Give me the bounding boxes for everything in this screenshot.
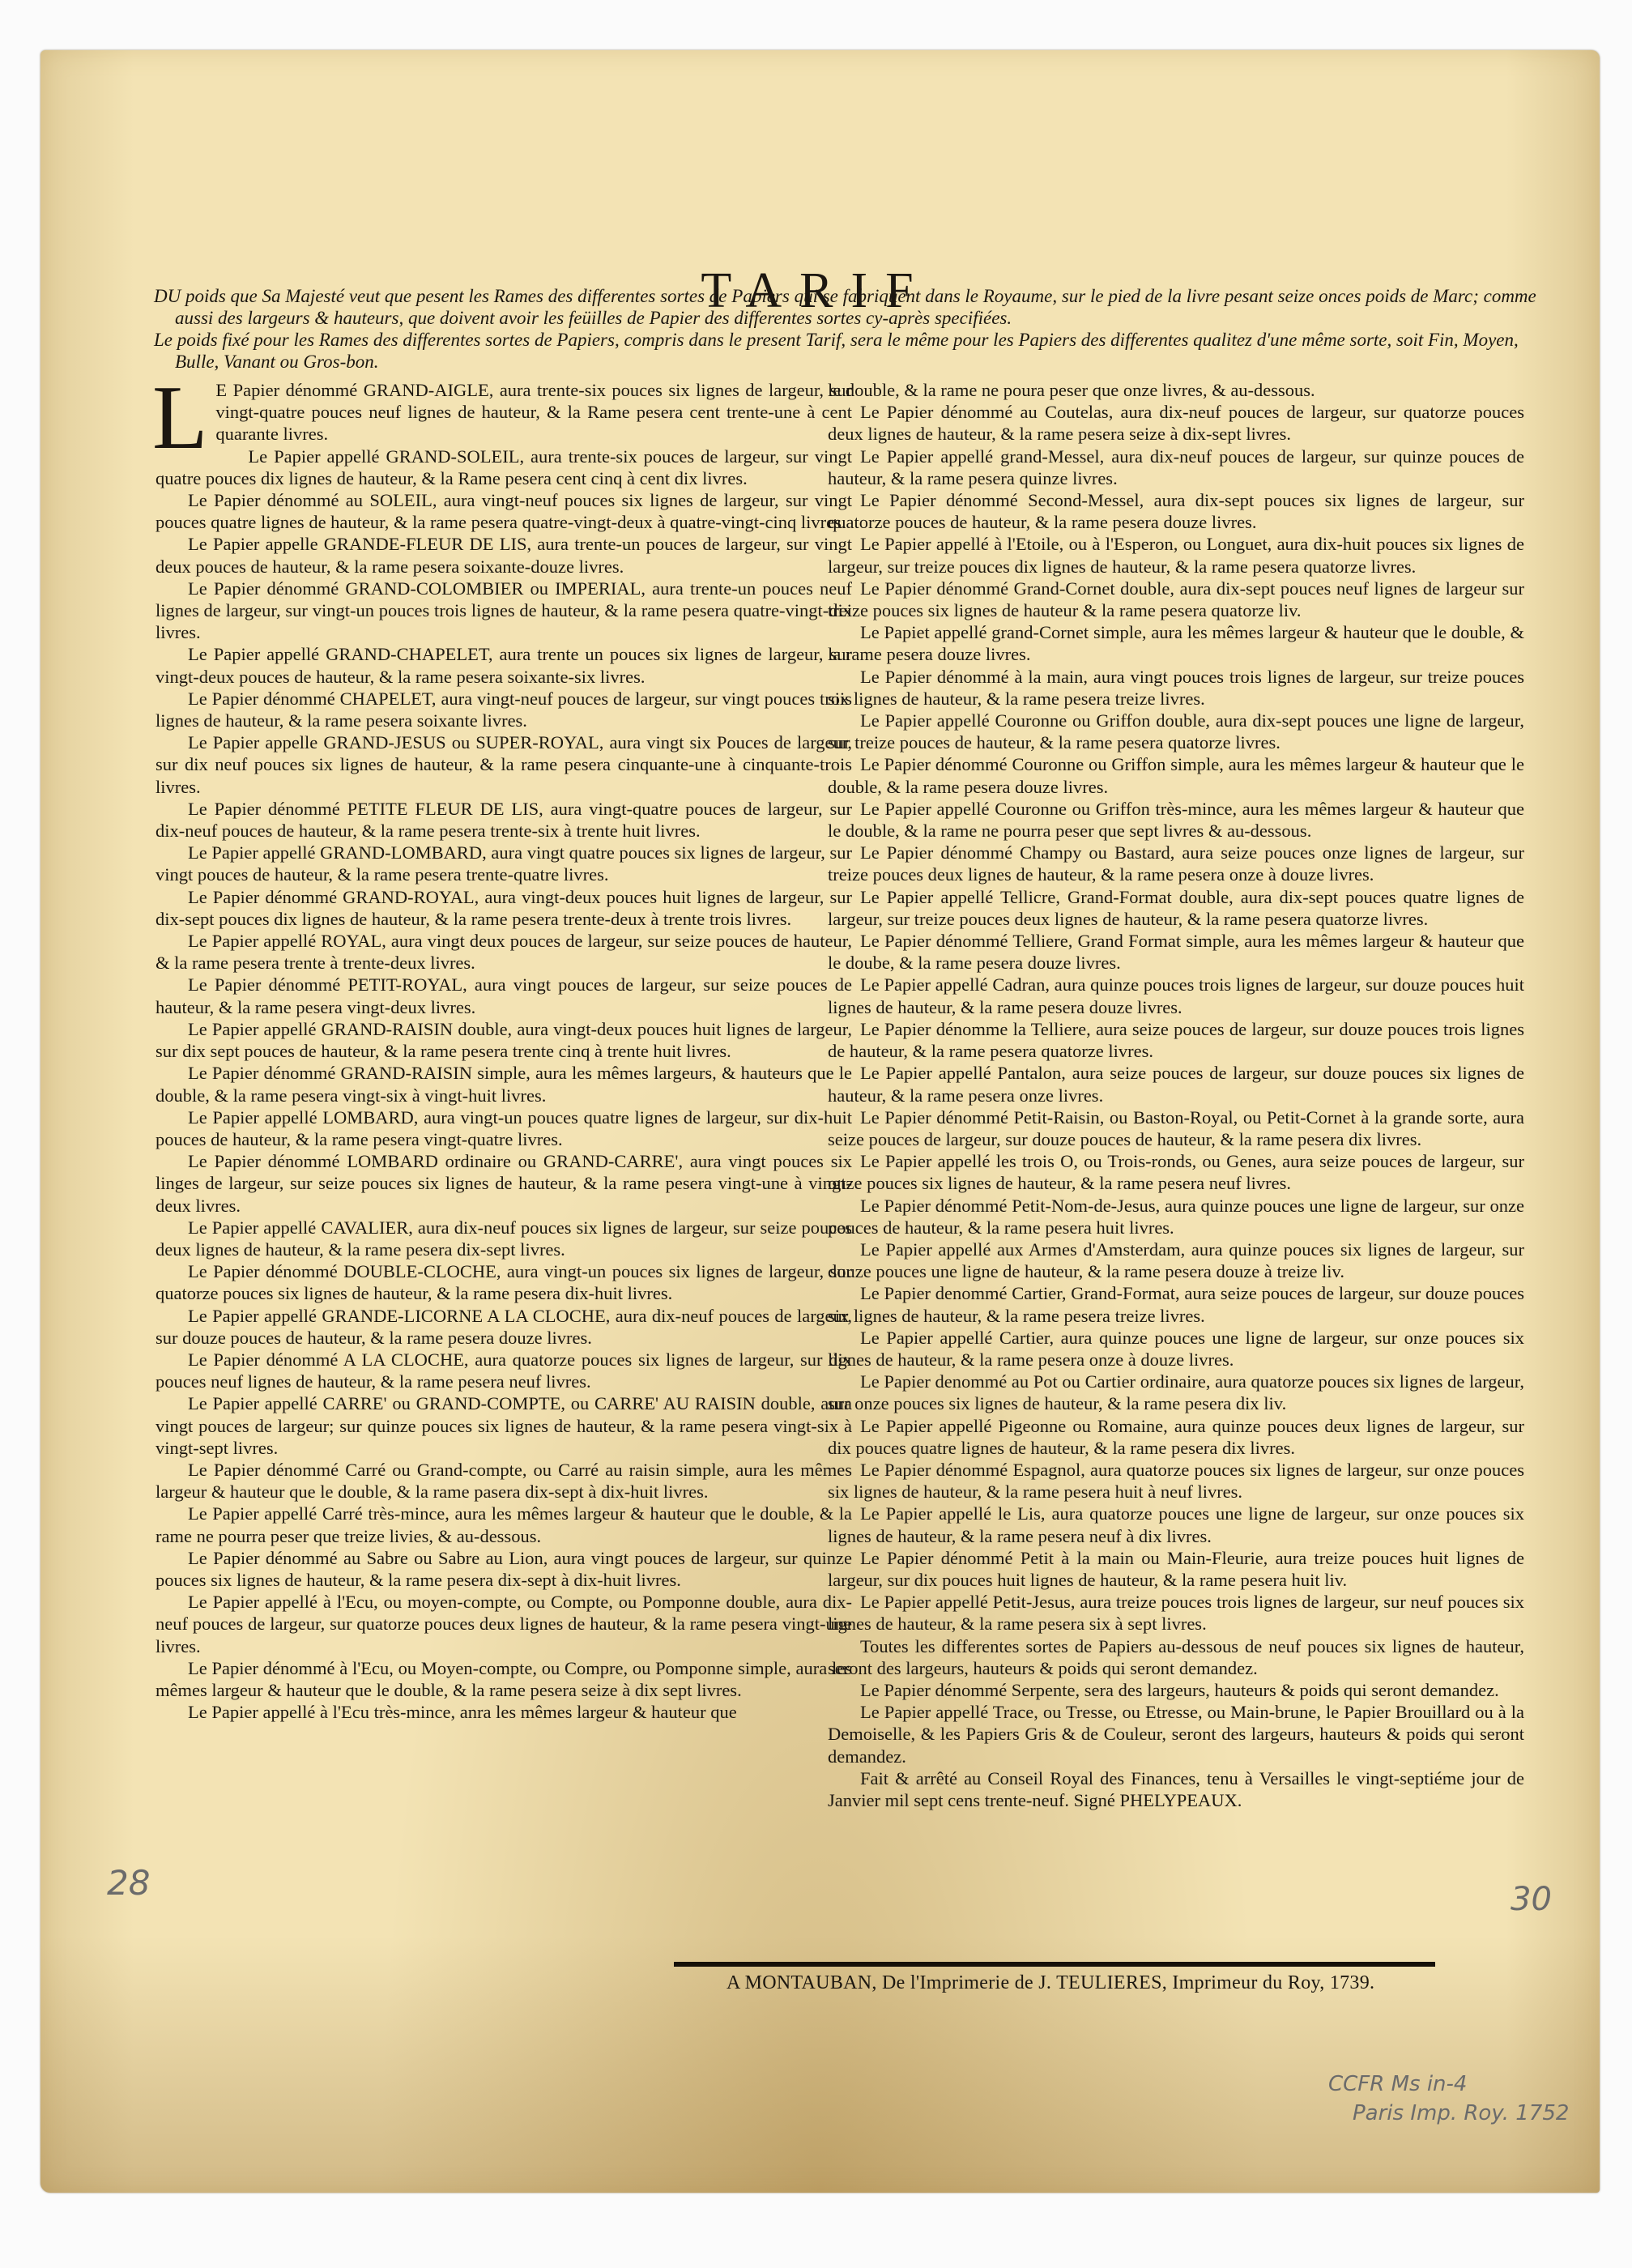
tariff-entry-text: Le Papier appellé à l'Ecu très-mince, an… <box>188 1702 737 1722</box>
tariff-entry-text: Le Papier dénommé à la main, aura vingt … <box>828 667 1524 709</box>
tariff-entry: Le Papier appellé Trace, ou Tresse, ou E… <box>828 1701 1524 1767</box>
tariff-entry-text: Le Papier appellé grand-Messel, aura dix… <box>828 446 1524 488</box>
tariff-entry: Le Papier dénommé Couronne ou Griffon si… <box>828 753 1524 797</box>
tariff-entry-text: Le Papier appellé les trois O, ou Trois-… <box>828 1151 1524 1193</box>
tariff-entry-text: Fait & arrêté au Conseil Royal des Finan… <box>828 1768 1524 1810</box>
tariff-entry: Le Papier dénommé PETIT-ROYAL, aura ving… <box>156 974 852 1017</box>
tariff-entry-text: Le Papier appellé GRAND-SOLEIL, aura tre… <box>156 446 852 488</box>
right-column: le double, & la rame ne poura peser que … <box>828 379 1524 1811</box>
tariff-entry: Le Papier dénommé GRAND-COLOMBIER ou IMP… <box>156 578 852 644</box>
tariff-entry-text: Le Papier denommé Cartier, Grand-Format,… <box>828 1283 1524 1325</box>
tariff-entry-text: Le Papier appellé Cadran, aura quinze po… <box>828 974 1524 1017</box>
tariff-entry: Le Papier appellé Carré très-mince, aura… <box>156 1503 852 1546</box>
tariff-entry: Le Papier dénommé Petit-Raisin, ou Basto… <box>828 1106 1524 1150</box>
tariff-entry-text: Le Papier dénommé au SOLEIL, aura vingt-… <box>156 490 852 532</box>
tariff-entry-text: Le Papier appellé Cartier, aura quinze p… <box>828 1328 1524 1370</box>
tariff-entry-text: Le Papier appelle GRAND-JESUS ou SUPER-R… <box>156 732 852 796</box>
tariff-entry: Le Papiet appellé grand-Cornet simple, a… <box>828 621 1524 665</box>
tariff-entry: Le Papier dénommé Espagnol, aura quatorz… <box>828 1459 1524 1503</box>
tariff-entry-text: Le Papier dénommé Petit-Nom-de-Jesus, au… <box>828 1196 1524 1238</box>
tariff-entry-text: Le Papier dénommé GRAND-RAISIN simple, a… <box>156 1063 852 1105</box>
tariff-entry: Le Papier appellé CAVALIER, aura dix-neu… <box>156 1217 852 1260</box>
tariff-entry: Le Papier appelle GRAND-JESUS ou SUPER-R… <box>156 731 852 798</box>
tariff-entry-text: Le Papier dénommé Champy ou Bastard, aur… <box>828 842 1524 885</box>
printer-imprint: A MONTAUBAN, De l'Imprimerie de J. TEULI… <box>727 1972 1374 1994</box>
tariff-entry-text: Le Papier appellé à l'Ecu, ou moyen-comp… <box>156 1592 852 1656</box>
tariff-entry-text: Le Papier appellé Couronne ou Griffon tr… <box>828 799 1524 841</box>
tariff-entry-text: Le Papier dénommé à l'Ecu, ou Moyen-comp… <box>156 1658 852 1700</box>
tariff-entry: Le Papier dénommé au Coutelas, aura dix-… <box>828 401 1524 445</box>
tariff-entry: Le Papier appellé GRAND-CHAPELET, aura t… <box>156 643 852 687</box>
tariff-entry: Le Papier appellé à l'Ecu très-mince, an… <box>156 1701 852 1723</box>
tariff-entry: Fait & arrêté au Conseil Royal des Finan… <box>828 1767 1524 1811</box>
tariff-entry: Le Papier dénommé au Sabre ou Sabre au L… <box>156 1547 852 1591</box>
tariff-entry: Le Papier dénommé GRAND-RAISIN simple, a… <box>156 1062 852 1106</box>
tariff-entry: Le Papier appellé Petit-Jesus, aura trei… <box>828 1591 1524 1635</box>
tariff-entry-text: Le Papier dénommé A LA CLOCHE, aura quat… <box>156 1349 852 1392</box>
tariff-entry-text: Le Papier appellé Tellicre, Grand-Format… <box>828 887 1524 929</box>
tariff-entry: Le Papier appellé Pigeonne ou Romaine, a… <box>828 1415 1524 1459</box>
tariff-entry: Le Papier appellé aux Armes d'Amsterdam,… <box>828 1238 1524 1282</box>
tariff-entry-text: Le Papier denommé au Pot ou Cartier ordi… <box>828 1371 1524 1413</box>
tariff-entry: Le Papier denommé Cartier, Grand-Format,… <box>828 1282 1524 1326</box>
tariff-entry: le double, & la rame ne poura peser que … <box>828 379 1524 401</box>
tariff-entry-text: Le Papier dénommé Espagnol, aura quatorz… <box>828 1460 1524 1502</box>
tariff-entry: Le Papier dénommé Petit-Nom-de-Jesus, au… <box>828 1195 1524 1238</box>
tariff-entry: Le Papier dénommé Champy ou Bastard, aur… <box>828 842 1524 885</box>
tariff-entry-text: Le Papier dénommé DOUBLE-CLOCHE, aura vi… <box>156 1261 852 1303</box>
tariff-entry: Le Papier appellé GRAND-SOLEIL, aura tre… <box>156 446 852 489</box>
tariff-entry: Le Papier appellé à l'Ecu, ou moyen-comp… <box>156 1591 852 1657</box>
tariff-entry-text: Le Papier dénommé GRAND-COLOMBIER ou IMP… <box>156 578 852 642</box>
catalog-note-line: CCFR Ms in-4 <box>1328 2070 1569 2099</box>
tariff-entry-text: Le Papier appellé LOMBARD, aura vingt-un… <box>156 1107 852 1149</box>
tariff-entry: Le Papier appellé GRAND-RAISIN double, a… <box>156 1018 852 1062</box>
tariff-entry: Le Papier dénommé à l'Ecu, ou Moyen-comp… <box>156 1657 852 1701</box>
tariff-entry: Le Papier dénommé LOMBARD ordinaire ou G… <box>156 1150 852 1217</box>
tariff-entry-text: Le Papier appellé aux Armes d'Amsterdam,… <box>828 1239 1524 1281</box>
tariff-entry: Le Papier dénommé GRAND-ROYAL, aura ving… <box>156 886 852 930</box>
tariff-entry-text: Le Papier appellé Pigeonne ou Romaine, a… <box>828 1416 1524 1458</box>
tariff-entry-text: Le Papier appellé CAVALIER, aura dix-neu… <box>156 1217 852 1260</box>
tariff-entry-text: Le Papier appellé Trace, ou Tresse, ou E… <box>828 1702 1524 1766</box>
tariff-entry: Le Papier appellé Couronne ou Griffon do… <box>828 710 1524 753</box>
preamble-paragraph: Le poids fixé pour les Rames des differe… <box>154 329 1539 373</box>
tariff-entry-text: Le Papier dénommé PETIT-ROYAL, aura ving… <box>156 974 852 1017</box>
tariff-entry-text: le double, & la rame ne poura peser que … <box>828 380 1315 400</box>
tariff-entry-text: Le Papier dénommé LOMBARD ordinaire ou G… <box>156 1151 852 1215</box>
tariff-entry: Le Papier dénommé Second-Messel, aura di… <box>828 489 1524 533</box>
tariff-entry-text: Le Papier appellé GRAND-RAISIN double, a… <box>156 1019 852 1061</box>
tariff-entry: Le Papier dénommé Carré ou Grand-compte,… <box>156 1459 852 1503</box>
tariff-entry-text: Le Papiet appellé grand-Cornet simple, a… <box>828 622 1524 664</box>
tariff-entry: Le Papier appellé ROYAL, aura vingt deux… <box>156 930 852 974</box>
left-column: LE Papier dénommé GRAND-AIGLE, aura tren… <box>156 379 852 1723</box>
preamble: DU poids que Sa Majesté veut que pesent … <box>154 285 1539 373</box>
tariff-entry-text: Le Papier appellé GRAND-CHAPELET, aura t… <box>156 644 852 686</box>
tariff-entry-text: Le Papier dénommé au Sabre ou Sabre au L… <box>156 1548 852 1590</box>
tariff-entry-text: Le Papier appellé CARRE' ou GRAND-COMPTE… <box>156 1393 852 1457</box>
tariff-entry-text: Le Papier appelle GRANDE-FLEUR DE LIS, a… <box>156 534 852 576</box>
tariff-entry: Le Papier dénommé Grand-Cornet double, a… <box>828 578 1524 621</box>
tariff-entry-text: Le Papier appellé Petit-Jesus, aura trei… <box>828 1592 1524 1634</box>
tariff-entry: Le Papier appellé Tellicre, Grand-Format… <box>828 886 1524 930</box>
catalog-note-line: Paris Imp. Roy. 1752 <box>1328 2099 1569 2128</box>
tariff-entry: Le Papier appelle GRANDE-FLEUR DE LIS, a… <box>156 533 852 577</box>
imprint-rule <box>674 1962 1435 1967</box>
tariff-entry-text: Toutes les differentes sortes de Papiers… <box>828 1636 1524 1678</box>
handwritten-catalog-note: CCFR Ms in-4 Paris Imp. Roy. 1752 <box>1328 2070 1569 2128</box>
tariff-entry-text: Le Papier dénommé Telliere, Grand Format… <box>828 931 1524 973</box>
drop-cap: L <box>152 382 207 454</box>
tariff-entry: Le Papier dénommé Telliere, Grand Format… <box>828 930 1524 974</box>
tariff-entry-text: Le Papier appellé Pantalon, aura seize p… <box>828 1063 1524 1105</box>
tariff-entry: Le Papier dénommé DOUBLE-CLOCHE, aura vi… <box>156 1260 852 1304</box>
tariff-entry: Le Papier appellé le Lis, aura quatorze … <box>828 1503 1524 1546</box>
tariff-entry-text: Le Papier dénommé Grand-Cornet double, a… <box>828 578 1524 620</box>
tariff-entry: Le Papier appellé GRANDE-LICORNE A LA CL… <box>156 1305 852 1349</box>
tariff-entry: Le Papier appellé les trois O, ou Trois-… <box>828 1150 1524 1194</box>
tariff-entry-text: Le Papier dénommé Carré ou Grand-compte,… <box>156 1460 852 1502</box>
tariff-entry-text: E Papier dénommé GRAND-AIGLE, aura trent… <box>215 380 852 444</box>
tariff-entry-text: Le Papier appellé ROYAL, aura vingt deux… <box>156 931 852 973</box>
tariff-entry: Le Papier appellé Cadran, aura quinze po… <box>828 974 1524 1017</box>
tariff-entry-text: Le Papier dénomme la Telliere, aura seiz… <box>828 1019 1524 1061</box>
tariff-entry-text: Le Papier appellé Couronne ou Griffon do… <box>828 710 1524 752</box>
tariff-entry: Le Papier appellé CARRE' ou GRAND-COMPTE… <box>156 1392 852 1459</box>
tariff-entry: Le Papier appellé à l'Etoile, ou à l'Esp… <box>828 533 1524 577</box>
tariff-entry: Le Papier appellé Cartier, aura quinze p… <box>828 1327 1524 1371</box>
tariff-entry: Le Papier dénommé Petit à la main ou Mai… <box>828 1547 1524 1591</box>
tariff-entry-text: Le Papier appellé Carré très-mince, aura… <box>156 1503 852 1545</box>
tariff-entry-text: Le Papier dénommé au Coutelas, aura dix-… <box>828 402 1524 444</box>
tariff-entry-text: Le Papier dénommé CHAPELET, aura vingt-n… <box>156 688 852 731</box>
tariff-entry-text: Le Papier appellé à l'Etoile, ou à l'Esp… <box>828 534 1524 576</box>
tariff-entry-text: Le Papier dénommé GRAND-ROYAL, aura ving… <box>156 887 852 929</box>
tariff-entry: Le Papier appellé GRAND-LOMBARD, aura vi… <box>156 842 852 885</box>
tariff-entry-text: Le Papier appellé GRAND-LOMBARD, aura vi… <box>156 842 852 885</box>
tariff-entry-text: Le Papier dénommé Serpente, sera des lar… <box>860 1680 1499 1700</box>
handwritten-margin-number: 30 <box>1511 1881 1552 1918</box>
tariff-entry: Le Papier appellé LOMBARD, aura vingt-un… <box>156 1106 852 1150</box>
tariff-entry: Le Papier dénommé au SOLEIL, aura vingt-… <box>156 489 852 533</box>
tariff-entry: Le Papier appellé Couronne ou Griffon tr… <box>828 798 1524 842</box>
tariff-entry: Le Papier denommé au Pot ou Cartier ordi… <box>828 1371 1524 1414</box>
tariff-entry-text: Le Papier dénommé Petit à la main ou Mai… <box>828 1548 1524 1590</box>
tariff-entry-text: Le Papier dénommé Petit-Raisin, ou Basto… <box>828 1107 1524 1149</box>
tariff-entry: Toutes les differentes sortes de Papiers… <box>828 1635 1524 1679</box>
tariff-entry: Le Papier appellé grand-Messel, aura dix… <box>828 446 1524 489</box>
tariff-entry: Le Papier dénommé Serpente, sera des lar… <box>828 1679 1524 1701</box>
tariff-entry-text: Le Papier dénommé Second-Messel, aura di… <box>828 490 1524 532</box>
tariff-entry: Le Papier appellé Pantalon, aura seize p… <box>828 1062 1524 1106</box>
tariff-entry: Le Papier dénommé à la main, aura vingt … <box>828 666 1524 710</box>
tariff-entry: LE Papier dénommé GRAND-AIGLE, aura tren… <box>156 379 852 446</box>
tariff-entry: Le Papier dénomme la Telliere, aura seiz… <box>828 1018 1524 1062</box>
preamble-paragraph: DU poids que Sa Majesté veut que pesent … <box>154 285 1539 329</box>
tariff-entry: Le Papier dénommé CHAPELET, aura vingt-n… <box>156 688 852 731</box>
tariff-entry: Le Papier dénommé PETITE FLEUR DE LIS, a… <box>156 798 852 842</box>
tariff-entry: Le Papier dénommé A LA CLOCHE, aura quat… <box>156 1349 852 1392</box>
tariff-entry-text: Le Papier appellé GRANDE-LICORNE A LA CL… <box>156 1306 852 1348</box>
tariff-entry-text: Le Papier appellé le Lis, aura quatorze … <box>828 1503 1524 1545</box>
handwritten-margin-number: 28 <box>107 1863 150 1903</box>
tariff-entry-text: Le Papier dénommé PETITE FLEUR DE LIS, a… <box>156 799 852 841</box>
tariff-entry-text: Le Papier dénommé Couronne ou Griffon si… <box>828 754 1524 796</box>
